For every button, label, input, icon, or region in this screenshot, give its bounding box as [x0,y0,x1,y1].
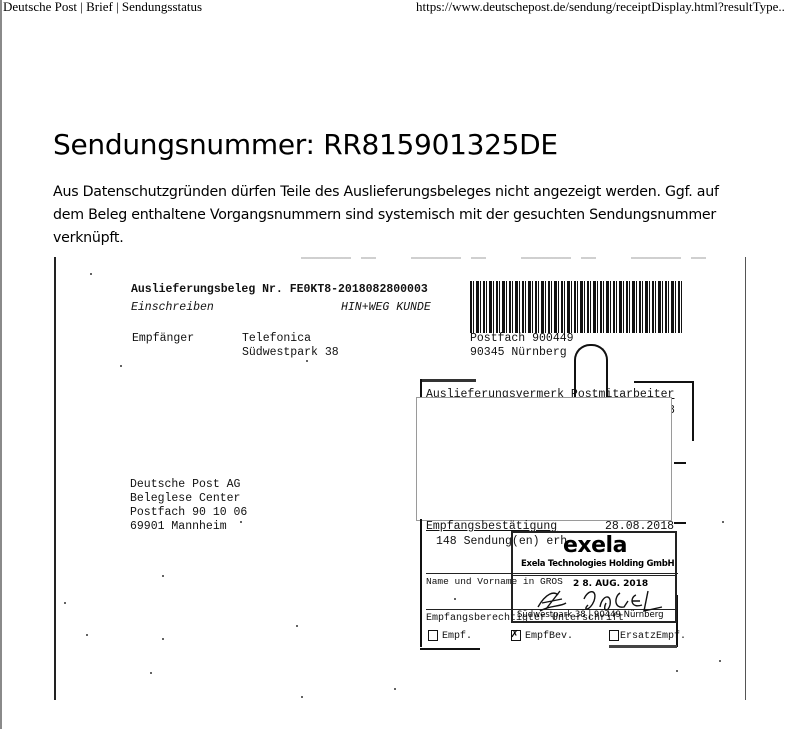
scan-speck [120,365,122,367]
frame-line [692,381,694,441]
recipient-label: Empfänger [132,332,194,345]
sender-line-2: Beleglese Center [130,492,240,505]
scan-speck [162,575,164,577]
frame-line [609,645,677,648]
scan-top-artifact [301,257,741,259]
scan-speck [64,602,66,604]
scan-speck [722,521,724,523]
checkbox-ersatzempf [609,630,619,641]
scan-speck [90,273,92,275]
delivery-receipt-scan: Auslieferungsbeleg Nr. FE0KT8-2018082800… [54,255,746,700]
sender-line-1: Deutsche Post AG [130,478,240,491]
print-page-title: Deutsche Post | Brief | Sendungsstatus [3,0,202,14]
frame-tick [674,462,686,464]
checkbox-empfbev-label: EmpfBev. [525,630,573,643]
frame-line [634,381,694,383]
print-page-url[interactable]: https://www.deutschepost.de/sendung/rece… [416,0,785,14]
stamp-company: Exela Technologies Holding GmbH [521,559,674,569]
scan-speck [394,688,396,690]
page-left-border [0,0,2,729]
handwritten-signature [532,585,672,617]
recipient-pobox: Postfach 900449 [470,332,574,345]
print-header: Deutsche Post | Brief | Sendungsstatus h… [3,0,792,18]
scan-edge-left [54,257,56,700]
checkbox-empfbev [511,630,521,641]
scan-speck [296,625,298,627]
scan-speck [150,672,152,674]
recipient-street: Südwestpark 38 [242,346,339,359]
receipt-service: HIN+WEG KUNDE [341,301,431,314]
privacy-notice: Aus Datenschutzgründen dürfen Teile des … [53,181,753,250]
scan-speck [162,638,164,640]
recipient-name: Telefonica [242,332,311,345]
barcode [470,281,682,333]
scan-speck [86,634,88,636]
redaction-box [416,397,672,521]
sender-line-4: 69901 Mannheim [130,520,227,533]
scan-edge-right [745,257,746,700]
scan-speck [306,360,308,362]
recipient-city: 90345 Nürnberg [470,346,567,359]
scan-speck [301,696,303,698]
scan-speck [719,660,721,662]
receipt-type: Einschreiben [131,301,214,314]
frame-line [420,379,476,382]
scan-speck [676,670,678,672]
checkbox-empf [428,630,438,641]
exela-logo: exela [563,535,627,557]
scan-speck [454,598,456,600]
frame-line [420,648,480,650]
page-title: Sendungsnummer: RR815901325DE [53,128,558,161]
checkbox-empf-label: Empf. [442,630,472,643]
scan-speck [240,521,242,523]
stamp-divider [513,575,675,576]
sender-line-3: Postfach 90 10 06 [130,506,247,519]
receipt-heading: Auslieferungsbeleg Nr. FE0KT8-2018082800… [131,283,428,296]
